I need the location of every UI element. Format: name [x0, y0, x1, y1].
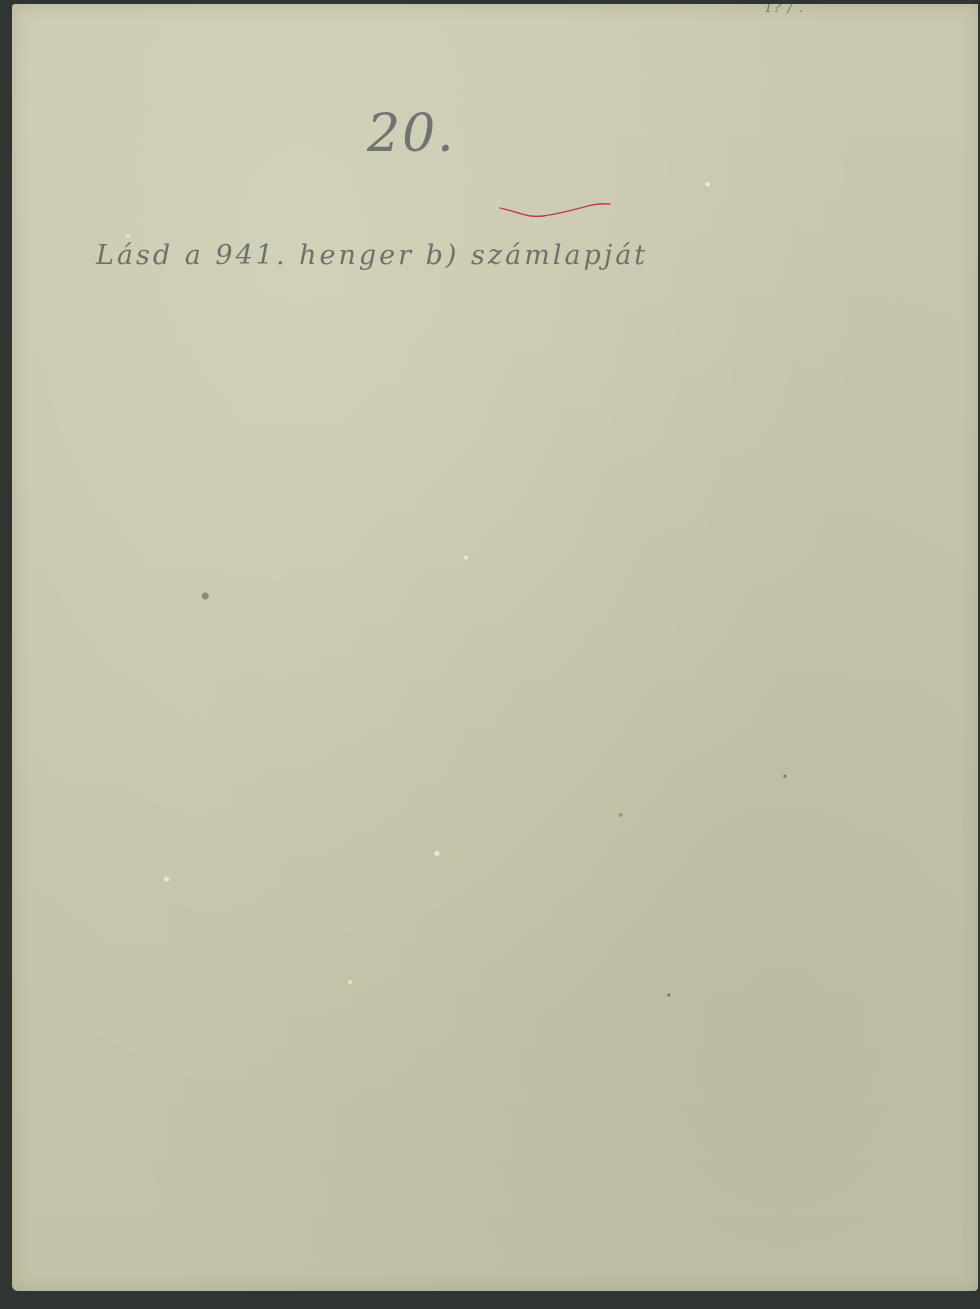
red-underline-mark	[498, 196, 618, 226]
scan-background: 1? / . 20. Lásd a 941. henger b) számlap…	[0, 0, 980, 1309]
handwritten-note: Lásd a 941. henger b) számlapját	[96, 240, 648, 271]
document-card: 1? / . 20. Lásd a 941. henger b) számlap…	[12, 4, 978, 1291]
page-number: 20.	[367, 104, 456, 164]
corner-mark: 1? / .	[764, 4, 804, 16]
